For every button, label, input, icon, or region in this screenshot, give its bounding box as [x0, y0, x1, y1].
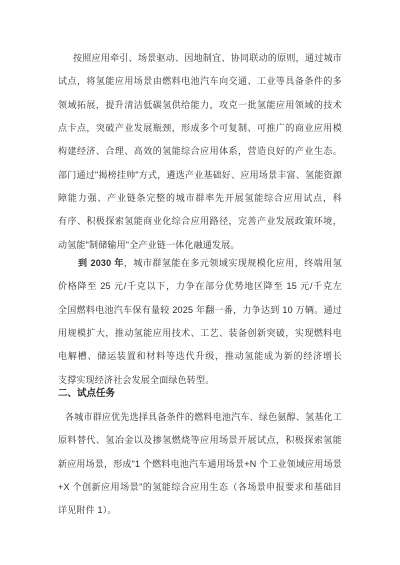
p3-line-3: 新应用场景，形成"1 个燃料电池汽车通用场景+N 个工业领域应用场景 [58, 453, 342, 476]
p3-line-1: 各城市群应优先选择具备条件的燃料电池汽车、绿色氨醇、氢基化工 [58, 406, 342, 429]
p1-line-5: 构建经济、合理、高效的氢能综合应用体系，营造良好的产业生态。三 [58, 140, 342, 163]
p2-line-4: 用规模扩大，推动氢能应用技术、工艺、装备创新突破，实现燃料电池、 [58, 322, 342, 345]
paragraph-2030-goals: 到 2030 年，城市群氢能在多元领域实现规模化应用，终端用氢平均 价格降至 2… [58, 252, 342, 392]
p2-line-2: 价格降至 25 元/千克以下，力争在部分优势地区降至 15 元/千克左右； [58, 275, 342, 298]
p1-line-8: 有序、积极探索氢能商业化综合应用路径，完善产业发展政策环境，推 [58, 210, 342, 233]
paragraph-pilot-tasks: 各城市群应优先选择具备条件的燃料电池汽车、绿色氨醇、氢基化工 原料替代、氢冶金以… [58, 406, 342, 523]
paragraph-policy-principles: 按照应用牵引、场景驱动、因地制宜、协同联动的原则，通过城市群 试点，将氢能应用场… [58, 47, 342, 257]
bold-year-2030: 到 2030 年 [78, 258, 124, 268]
p2-line-5: 电解槽、储运装置和材料等迭代升级，推动氢能成为新的经济增长点， [58, 345, 342, 368]
p1-line-7: 障能力强、产业链条完整的城市群率先开展氢能综合应用试点，科学、 [58, 187, 342, 210]
p1-line-6: 部门通过"揭榜挂帅"方式，遴选产业基础好、应用场景丰富、氢能资源保 [58, 164, 342, 187]
p2-line-3: 全国燃料电池汽车保有量较 2025 年翻一番，力争达到 10 万辆。通过应 [58, 299, 342, 322]
p1-line-3: 领域拓展，提升清洁低碳氢供给能力，攻克一批氢能应用领域的技术堵 [58, 94, 342, 117]
p3-line-4: +X 个创新应用场景"的氢能综合应用生态（各场景申报要求和基础目标 [58, 476, 342, 499]
p1-line-4: 点卡点，突破产业发展瓶颈，形成多个可复制、可推广的商业应用模式， [58, 117, 342, 140]
document-page: 按照应用牵引、场景驱动、因地制宜、协同联动的原则，通过城市群 试点，将氢能应用场… [0, 0, 400, 565]
p1-line-1: 按照应用牵引、场景驱动、因地制宜、协同联动的原则，通过城市群 [58, 47, 342, 70]
p2-line-1: 到 2030 年，城市群氢能在多元领域实现规模化应用，终端用氢平均 [58, 252, 342, 275]
section-heading-pilot-tasks: 二、试点任务 [58, 382, 342, 405]
p3-line-5: 详见附件 1）。 [58, 499, 342, 522]
p3-line-2: 原料替代、氢冶金以及掺氢燃烧等应用场景开展试点，积极探索氢能创 [58, 429, 342, 452]
p1-line-2: 试点，将氢能应用场景由燃料电池汽车向交通、工业等具备条件的多元 [58, 70, 342, 93]
